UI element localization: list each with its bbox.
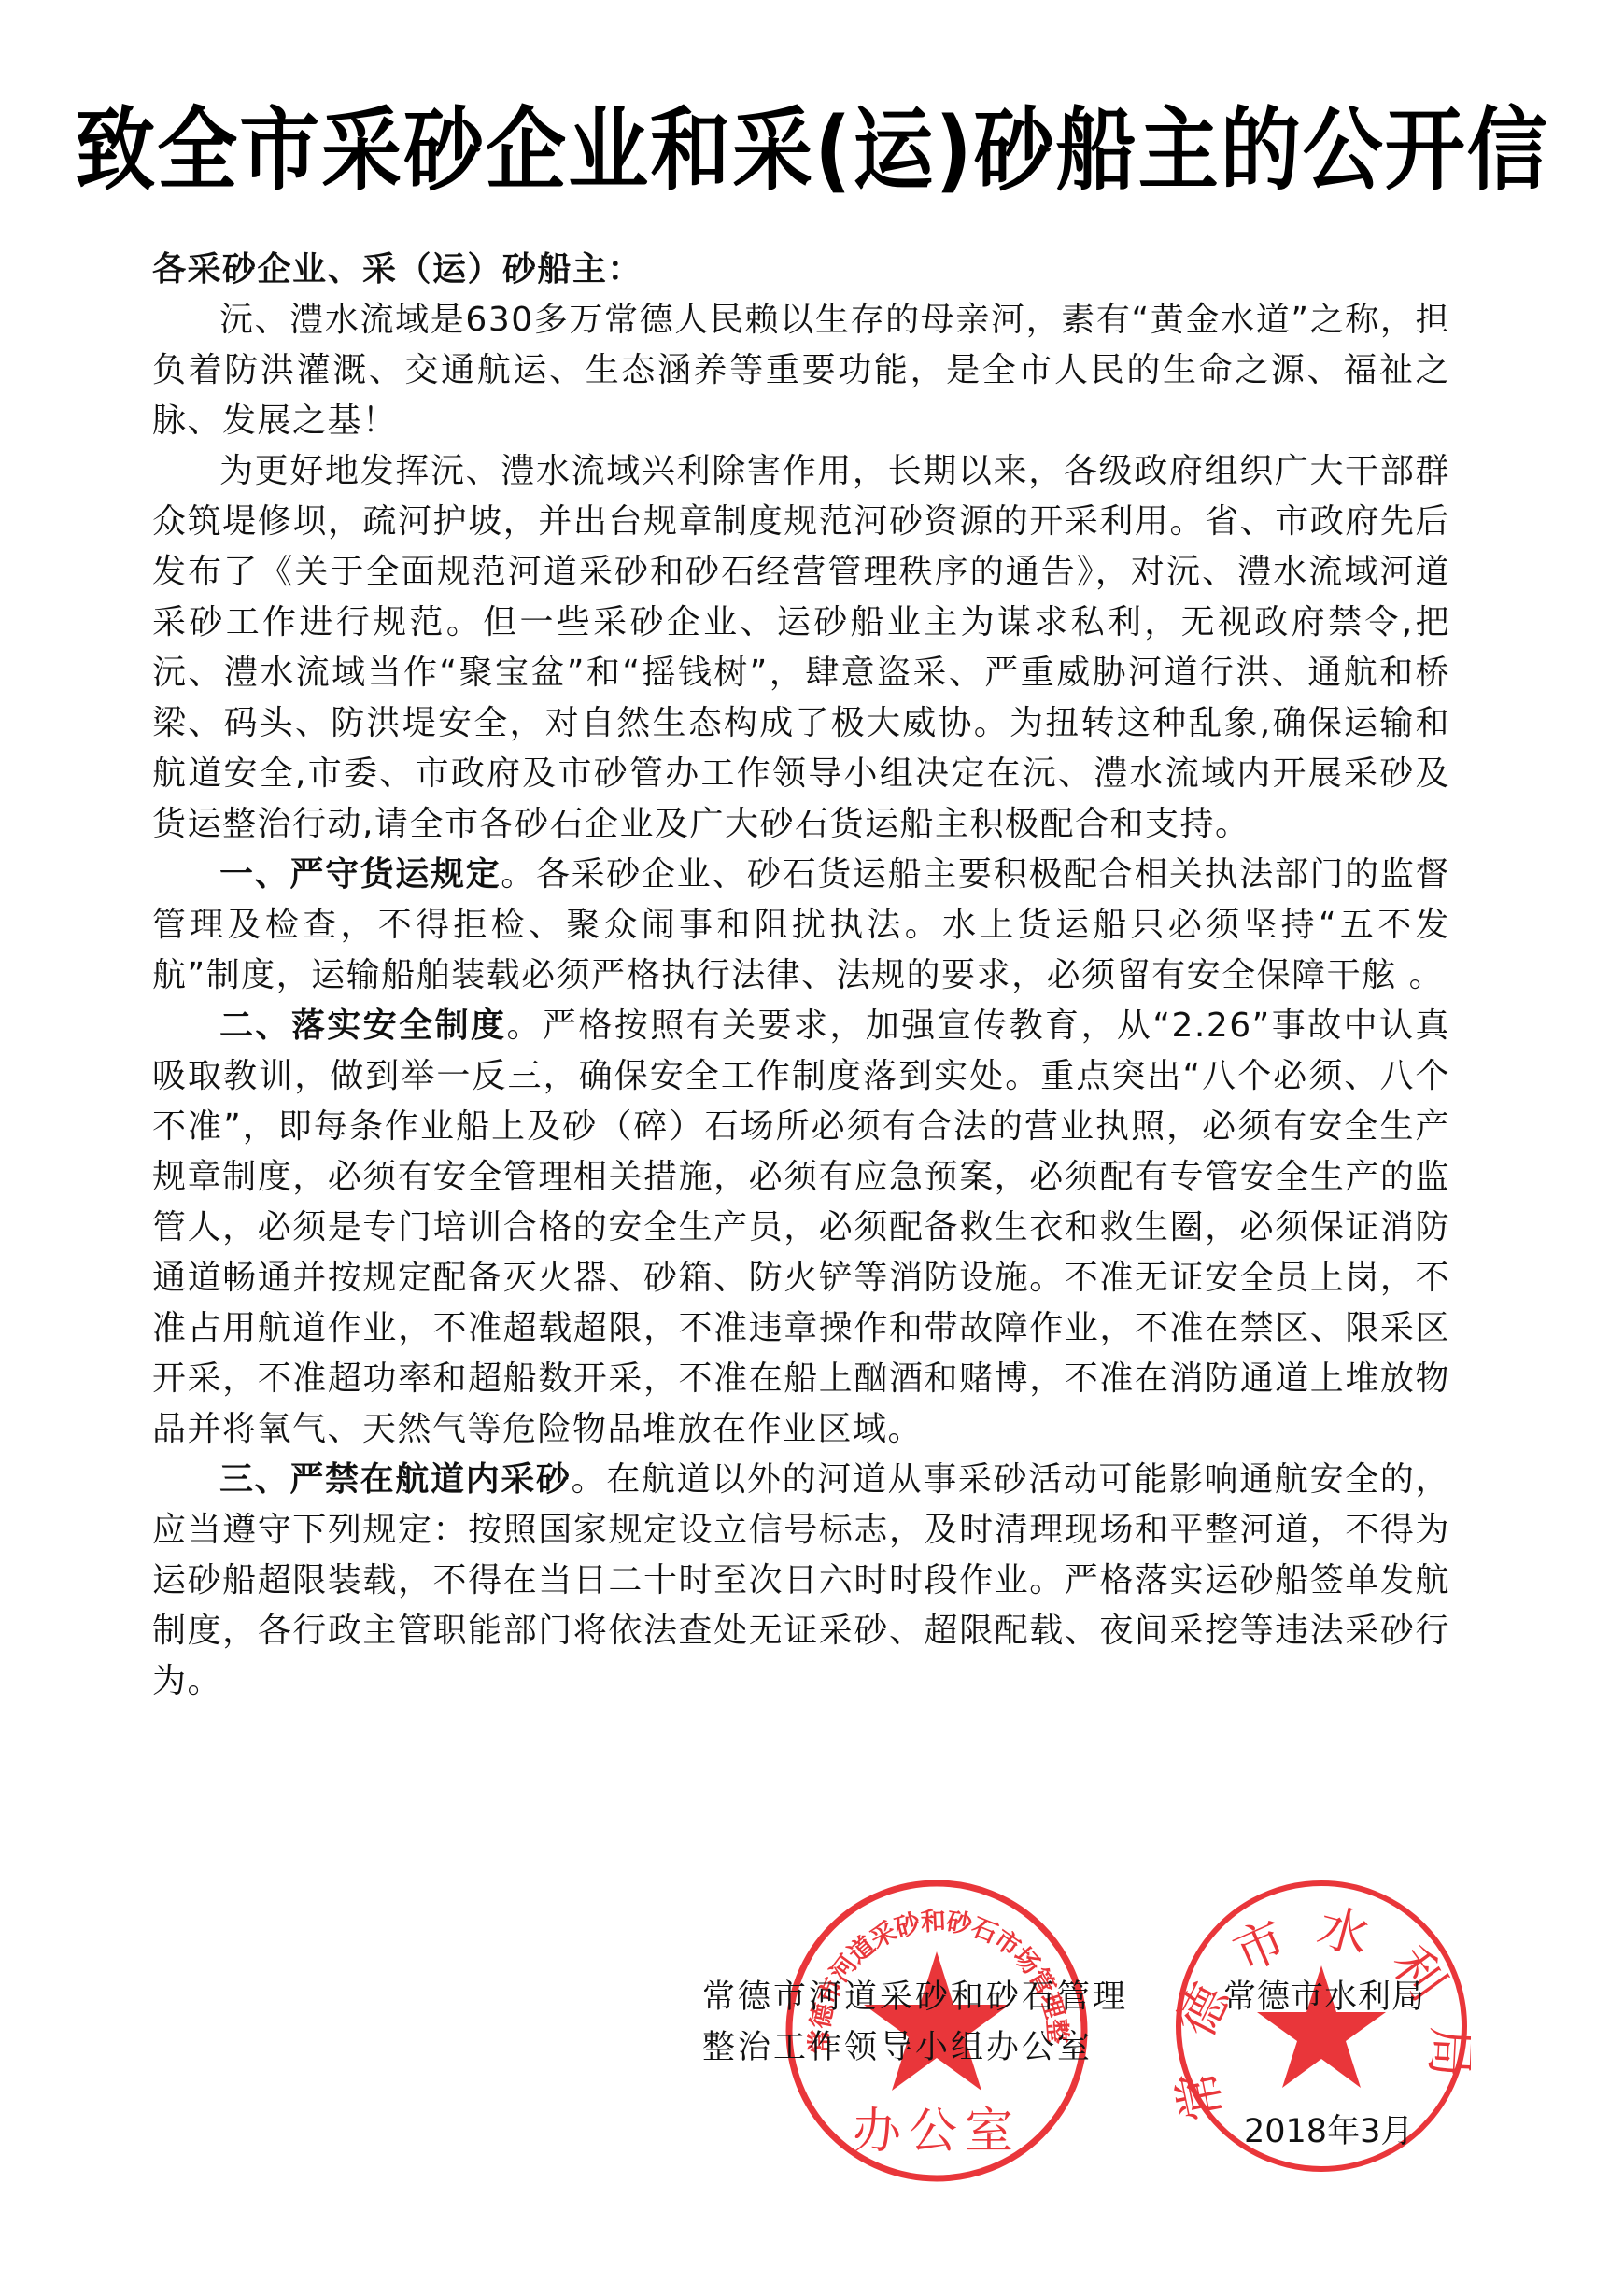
- rule-heading: 二、落实安全制度: [219, 1007, 507, 1045]
- rule-heading: 三、严禁在航道内采砂: [219, 1460, 572, 1499]
- paragraph-rule-2: 二、落实安全制度。严格按照有关要求，加强宣传教育，从“2.26”事故中认真吸取教…: [152, 1001, 1450, 1455]
- paragraph-text: 。严格按照有关要求，加强宣传教育，从“2.26”事故中认真吸取教训，做到举一反三…: [152, 1007, 1450, 1448]
- paragraph-rule-1: 一、严守货运规定。各采砂企业、砂石货运船主要积极配合相关执法部门的监督管理及检查…: [152, 850, 1450, 1001]
- paragraph-background: 为更好地发挥沅、澧水流域兴利除害作用，长期以来，各级政府组织广大干部群众筑堤修坝…: [152, 446, 1450, 850]
- rule-heading: 一、严守货运规定: [219, 855, 501, 894]
- issuing-office-line-2: 整治工作领导小组办公室: [702, 2022, 1128, 2073]
- document-title: 致全市采砂企业和采(运)砂船主的公开信: [0, 93, 1624, 208]
- issue-date: 2018年3月: [1244, 2106, 1413, 2157]
- office-seal-icon: 常德市河道采砂和砂石市场管理整治工作领导小组 办公室: [783, 1877, 1091, 2185]
- paragraph-intro: 沅、澧水流域是630多万常德人民赖以生存的母亲河，素有“黄金水道”之称，担负着防…: [152, 295, 1450, 446]
- seal-ring-text: 常德市水利局: [1172, 1896, 1471, 2126]
- letter-body: 各采砂企业、采（运）砂船主： 沅、澧水流域是630多万常德人民赖以生存的母亲河，…: [152, 245, 1450, 1707]
- water-bureau-name: 常德市水利局: [1223, 1972, 1425, 2022]
- issuing-office: 常德市河道采砂和砂石管理 整治工作领导小组办公室: [702, 1972, 1128, 2073]
- star-icon: [864, 1951, 1010, 2091]
- issuing-office-line-1: 常德市河道采砂和砂石管理: [702, 1972, 1128, 2022]
- water-bureau-seal-icon: 常德市水利局: [1172, 1877, 1471, 2176]
- seal-ring-text: 常德市河道采砂和砂石市场管理整治工作领导小组: [783, 1877, 1072, 2055]
- svg-text:常德市河道采砂和砂石市场管理整治工作领导小组: 常德市河道采砂和砂石市场管理整治工作领导小组: [783, 1877, 1072, 2055]
- salutation: 各采砂企业、采（运）砂船主：: [152, 245, 1450, 295]
- seal-center-text: 办公室: [853, 2104, 1021, 2160]
- paragraph-rule-3: 三、严禁在航道内采砂。在航道以外的河道从事采砂活动可能影响通航安全的，应当遵守下…: [152, 1455, 1450, 1707]
- star-icon: [1257, 1965, 1386, 2088]
- svg-text:常德市水利局: 常德市水利局: [1172, 1896, 1471, 2126]
- paragraph-text: 为更好地发挥沅、澧水流域兴利除害作用，长期以来，各级政府组织广大干部群众筑堤修坝…: [152, 452, 1450, 843]
- paragraph-text: 沅、澧水流域是630多万常德人民赖以生存的母亲河，素有“黄金水道”之称，担负着防…: [152, 301, 1450, 440]
